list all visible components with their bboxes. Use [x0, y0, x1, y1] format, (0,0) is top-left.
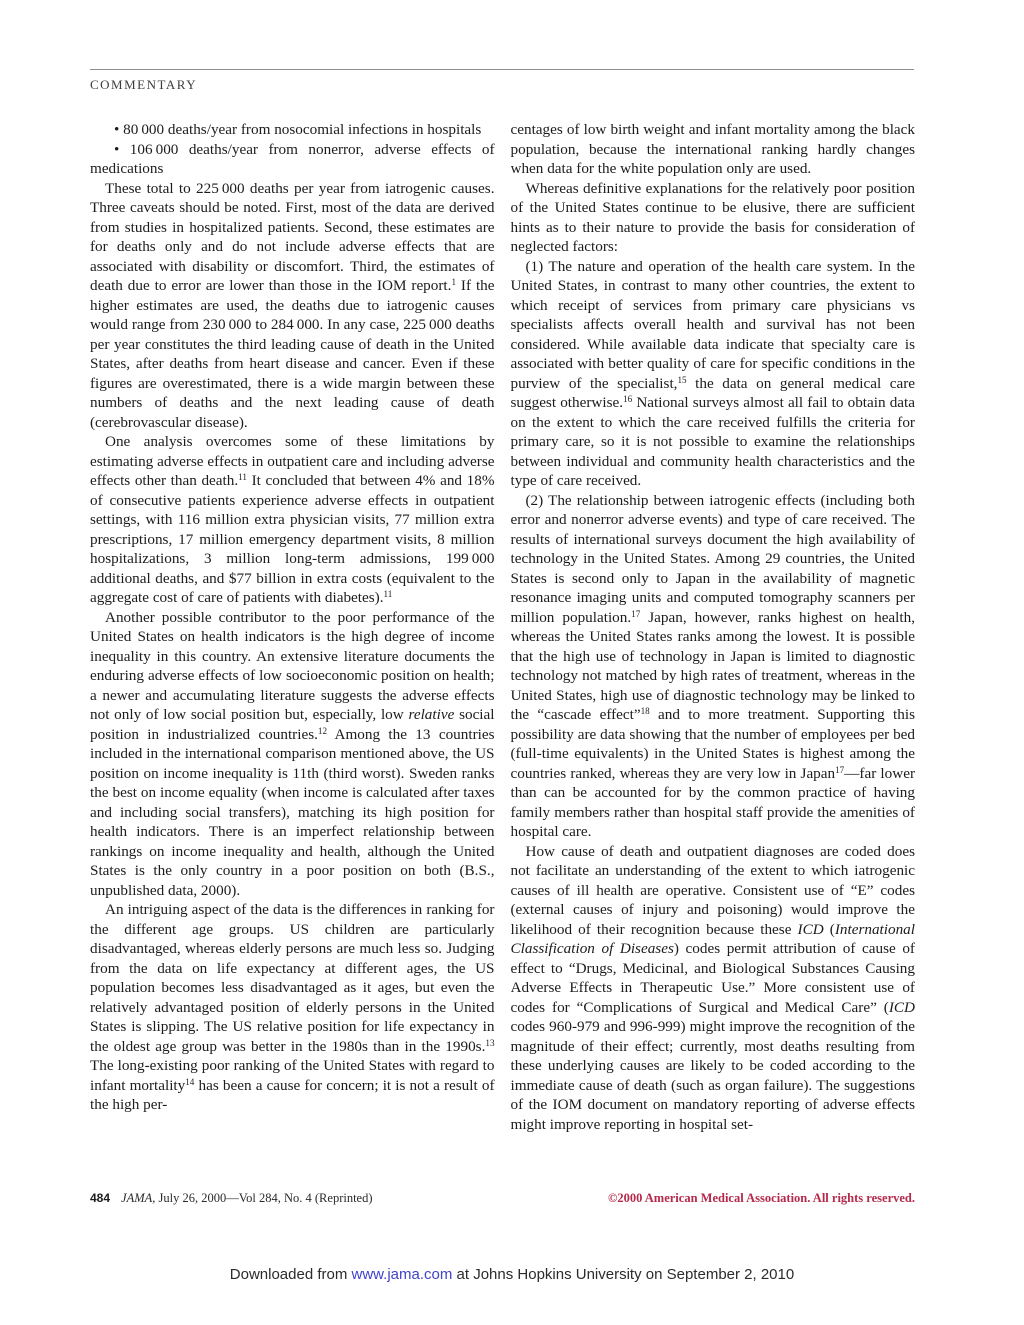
paragraph: Another possible contributor to the poor…: [90, 608, 495, 901]
paragraph: An intriguing aspect of the data is the …: [90, 900, 495, 1115]
paragraph: (2) The relationship between iatrogenic …: [511, 491, 916, 842]
journal-page: COMMENTARY • 80 000 deaths/year from nos…: [0, 0, 1024, 1325]
paragraph: Whereas definitive explanations for the …: [511, 179, 916, 257]
article-body: • 80 000 deaths/year from nosocomial inf…: [90, 120, 915, 1182]
bullet-item: • 106 000 deaths/year from nonerror, adv…: [90, 140, 495, 179]
journal-citation: JAMA, July 26, 2000—Vol 284, No. 4 (Repr…: [121, 1191, 372, 1206]
right-column: centages of low birth weight and infant …: [511, 120, 916, 1182]
paragraph: One analysis overcomes some of these lim…: [90, 432, 495, 608]
paragraph: How cause of death and outpatient diagno…: [511, 842, 916, 1135]
page-footer: 484 JAMA, July 26, 2000—Vol 284, No. 4 (…: [90, 1191, 915, 1206]
paragraph: These total to 225 000 deaths per year f…: [90, 179, 495, 433]
bullet-item: • 80 000 deaths/year from nosocomial inf…: [90, 120, 495, 140]
page-number: 484: [90, 1191, 110, 1205]
paragraph: (1) The nature and operation of the heal…: [511, 257, 916, 491]
download-bar: Downloaded from www.jama.com at Johns Ho…: [0, 1266, 1024, 1283]
header-rule: [90, 69, 914, 70]
paragraph: centages of low birth weight and infant …: [511, 120, 916, 179]
left-column: • 80 000 deaths/year from nosocomial inf…: [90, 120, 495, 1182]
footer-left: 484 JAMA, July 26, 2000—Vol 284, No. 4 (…: [90, 1191, 373, 1206]
download-text-suffix: at Johns Hopkins University on September…: [452, 1266, 794, 1283]
jama-link[interactable]: www.jama.com: [352, 1266, 453, 1283]
section-label: COMMENTARY: [90, 77, 197, 93]
download-text-prefix: Downloaded from: [230, 1266, 352, 1283]
copyright-notice: ©2000 American Medical Association. All …: [608, 1191, 915, 1206]
